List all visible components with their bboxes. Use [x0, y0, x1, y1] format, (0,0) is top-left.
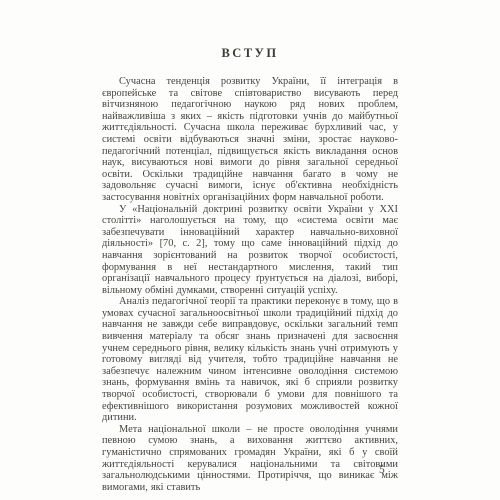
paragraph-intro-3: Аналіз педагогічної теорії та практики п… — [102, 296, 398, 424]
page-title: ВСТУП — [102, 46, 398, 61]
page-content: ВСТУП Сучасна тенденція розвитку України… — [102, 46, 398, 493]
paragraph-intro-2: У «Національній доктрині розвитку освіти… — [102, 204, 398, 297]
page-number: 5 — [379, 464, 385, 476]
paragraph-intro-4: Мета національної школи – не просте овол… — [102, 424, 398, 494]
book-page: ВСТУП Сучасна тенденція розвитку України… — [0, 0, 500, 500]
paragraph-intro-1: Сучасна тенденція розвитку України, її і… — [102, 76, 398, 204]
